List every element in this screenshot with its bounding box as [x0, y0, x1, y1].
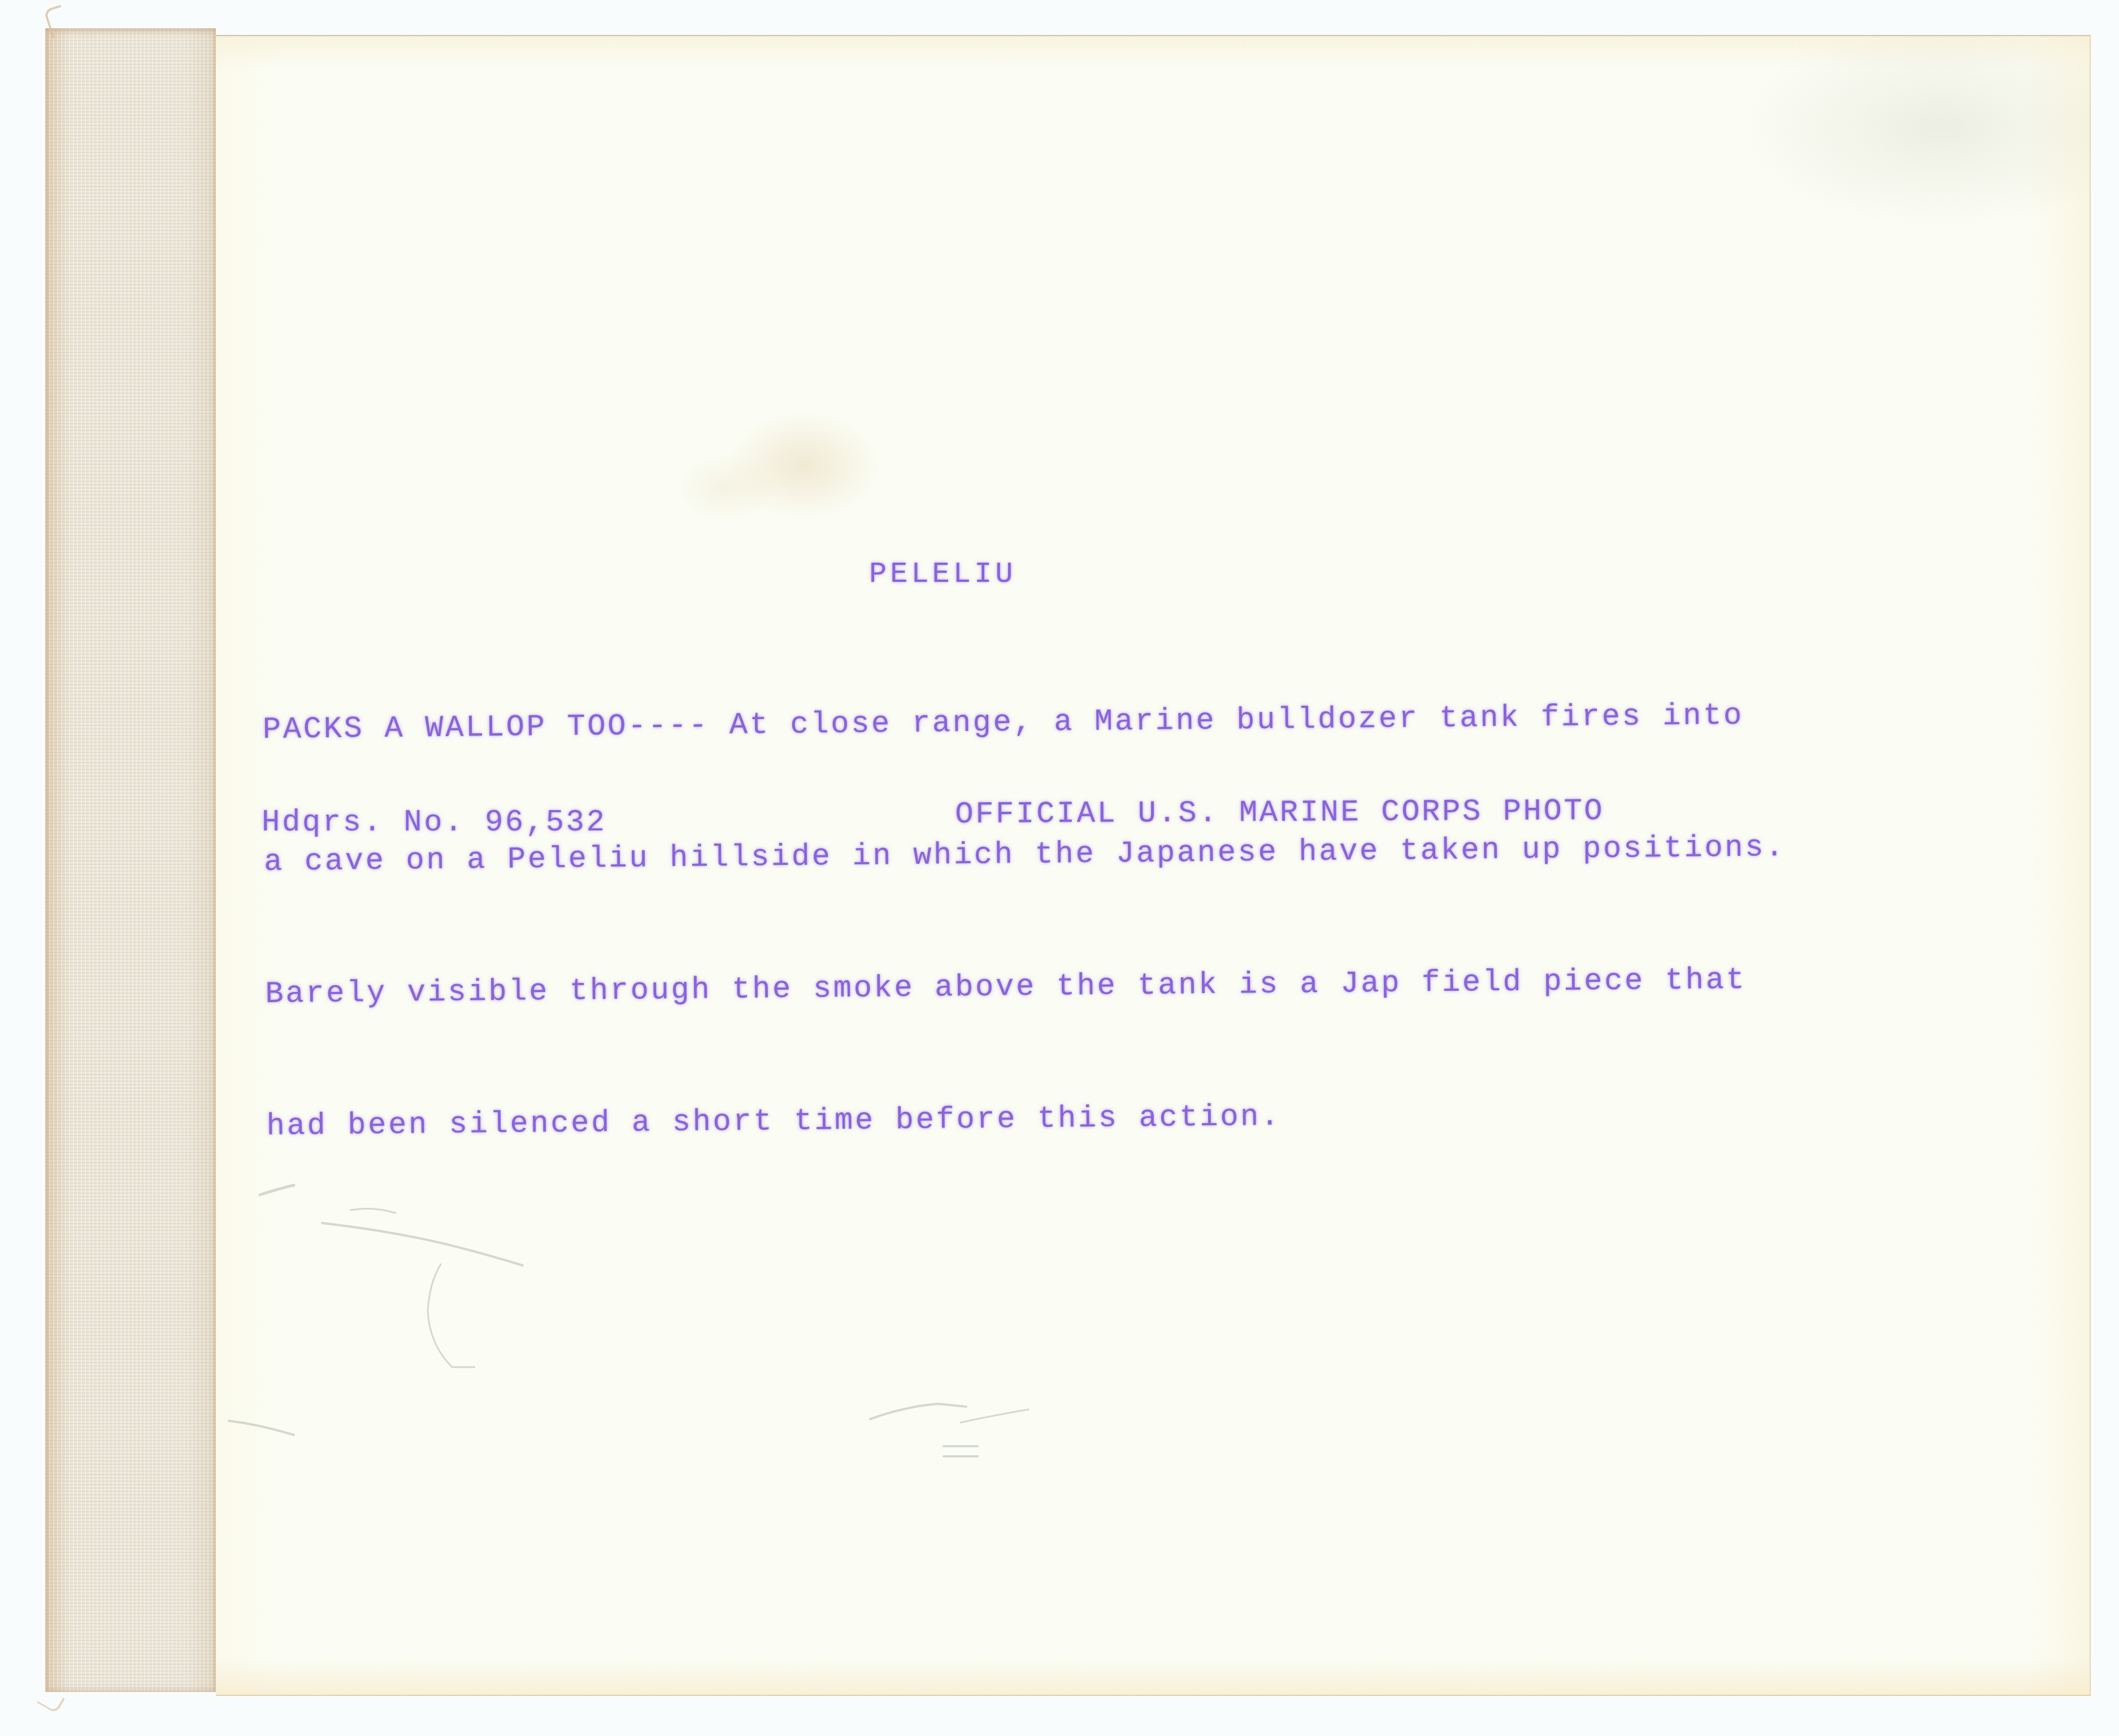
caption-line: had been silenced a short time before th…	[266, 1090, 1788, 1149]
caption-line: PACKS A WALLOP TOO---- At close range, a…	[262, 694, 1784, 752]
caption-line: Barely visible through the smoke above t…	[265, 958, 1787, 1017]
caption-heading: PELELIU	[869, 552, 1016, 597]
photo-credit: OFFICIAL U.S. MARINE CORPS PHOTO	[955, 790, 1604, 837]
caption-body: PACKS A WALLOP TOO---- At close range, a…	[262, 606, 1789, 1193]
cloth-binding-tape	[45, 28, 216, 1692]
headquarters-number: Hdqrs. No. 96,532	[262, 801, 606, 845]
